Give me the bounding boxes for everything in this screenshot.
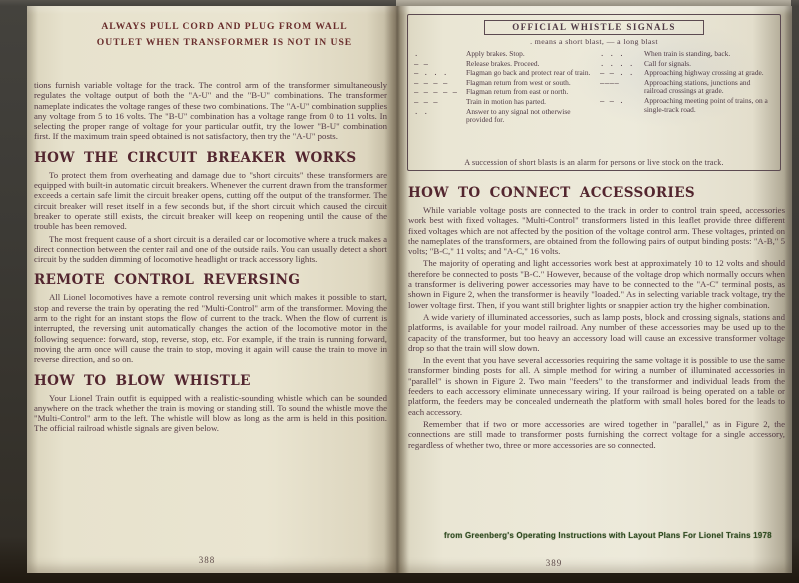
signal-meaning: Apply brakes. Stop.: [466, 50, 596, 59]
signal-pattern: — — .: [600, 97, 644, 114]
signal-meaning: Approaching meeting point of trains, on …: [644, 97, 774, 114]
whistle-signals-right-column: . . . When train is standing, back. . . …: [596, 50, 774, 126]
signal-row: — — . Approaching meeting point of train…: [600, 97, 774, 114]
signal-row: — — Release brakes. Proceed.: [414, 60, 596, 69]
signal-meaning: Answer to any signal not otherwise provi…: [466, 108, 596, 125]
whistle-signals-box: OFFICIAL WHISTLE SIGNALS . means a short…: [407, 14, 781, 171]
signal-row: . . Answer to any signal not otherwise p…: [414, 108, 596, 125]
heading-how-to-blow-whistle: HOW TO BLOW WHISTLE: [34, 374, 387, 389]
signal-row: — . . . Flagman go back and protect rear…: [414, 69, 596, 78]
signal-meaning: Flagman go back and protect rear of trai…: [466, 69, 596, 78]
signal-pattern: ————: [600, 79, 644, 96]
signal-pattern: — — — — —: [414, 88, 466, 97]
accessories-paragraph-5: Remember that if two or more accessories…: [408, 419, 785, 450]
signal-meaning: Release brakes. Proceed.: [466, 60, 596, 69]
signal-meaning: When train is standing, back.: [644, 50, 774, 59]
accessories-paragraph-3: A wide variety of illuminated accessorie…: [408, 312, 785, 353]
whistle-box-title: OFFICIAL WHISTLE SIGNALS: [484, 20, 704, 35]
signal-meaning: Flagman return from west or south.: [466, 79, 596, 88]
accessories-paragraph-2: The majority of operating and light acce…: [408, 258, 785, 309]
signal-row: — — — — Flagman return from west or sout…: [414, 79, 596, 88]
circuit-breaker-paragraph-1: To protect them from overheating and dam…: [34, 170, 387, 232]
transformer-warning: ALWAYS PULL CORD AND PLUG FROM WALL OUTL…: [61, 19, 388, 51]
whistle-box-legend: . means a short blast, — a long blast: [408, 37, 780, 47]
signal-meaning: Approaching stations, junctions and rail…: [644, 79, 774, 96]
signal-pattern: — — —: [414, 98, 466, 107]
signal-pattern: — — — —: [414, 79, 466, 88]
right-page: OFFICIAL WHISTLE SIGNALS . means a short…: [396, 6, 792, 573]
signal-pattern: .: [414, 50, 466, 59]
whistle-signal-columns: . Apply brakes. Stop. — — Release brakes…: [408, 47, 780, 126]
circuit-breaker-paragraph-2: The most frequent cause of a short circu…: [34, 234, 387, 265]
signal-pattern: — . . .: [414, 69, 466, 78]
book-photo: ALWAYS PULL CORD AND PLUG FROM WALL OUTL…: [0, 0, 799, 583]
signal-meaning: Approaching highway crossing at grade.: [644, 69, 774, 78]
warning-line-1: ALWAYS PULL CORD AND PLUG FROM WALL: [61, 19, 388, 35]
accessories-paragraph-4: In the event that you have several acces…: [408, 355, 785, 417]
signal-pattern: . . . .: [600, 60, 644, 69]
left-page-text-column: tions furnish variable voltage for the t…: [34, 80, 387, 436]
blow-whistle-paragraph: Your Lionel Train outfit is equipped wit…: [34, 393, 387, 434]
heading-circuit-breaker: HOW THE CIRCUIT BREAKER WORKS: [34, 151, 387, 166]
signal-pattern: — —: [414, 60, 466, 69]
whistle-signals-left-column: . Apply brakes. Stop. — — Release brakes…: [414, 50, 596, 126]
whistle-box-footer: A succession of short blasts is an alarm…: [408, 158, 780, 167]
signal-pattern: . .: [414, 108, 466, 125]
page-number-right: 389: [524, 558, 584, 568]
heading-connect-accessories: HOW TO CONNECT ACCESSORIES: [408, 186, 785, 201]
signal-pattern: — — . .: [600, 69, 644, 78]
intro-paragraph: tions furnish variable voltage for the t…: [34, 80, 387, 142]
accessories-paragraph-1: While variable voltage posts are connect…: [408, 205, 785, 256]
reversing-paragraph: All Lionel locomotives have a remote con…: [34, 292, 387, 364]
signal-row: . Apply brakes. Stop.: [414, 50, 596, 59]
signal-row: . . . When train is standing, back.: [600, 50, 774, 59]
signal-row: ———— Approaching stations, junctions and…: [600, 79, 774, 96]
signal-row: — — . . Approaching highway crossing at …: [600, 69, 774, 78]
signal-meaning: Flagman return from east or north.: [466, 88, 596, 97]
signal-meaning: Train in motion has parted.: [466, 98, 596, 107]
heading-remote-control-reversing: REMOTE CONTROL REVERSING: [34, 273, 387, 288]
left-page: ALWAYS PULL CORD AND PLUG FROM WALL OUTL…: [27, 6, 396, 573]
signal-row: — — — Train in motion has parted.: [414, 98, 596, 107]
signal-pattern: . . .: [600, 50, 644, 59]
signal-meaning: Call for signals.: [644, 60, 774, 69]
right-page-text-column: HOW TO CONNECT ACCESSORIES While variabl…: [408, 177, 785, 452]
signal-row: — — — — — Flagman return from east or no…: [414, 88, 596, 97]
page-number-left: 388: [177, 555, 237, 565]
signal-row: . . . . Call for signals.: [600, 60, 774, 69]
greenberg-watermark: from Greenberg's Operating Instructions …: [444, 531, 772, 540]
warning-line-2: OUTLET WHEN TRANSFORMER IS NOT IN USE: [61, 35, 388, 51]
